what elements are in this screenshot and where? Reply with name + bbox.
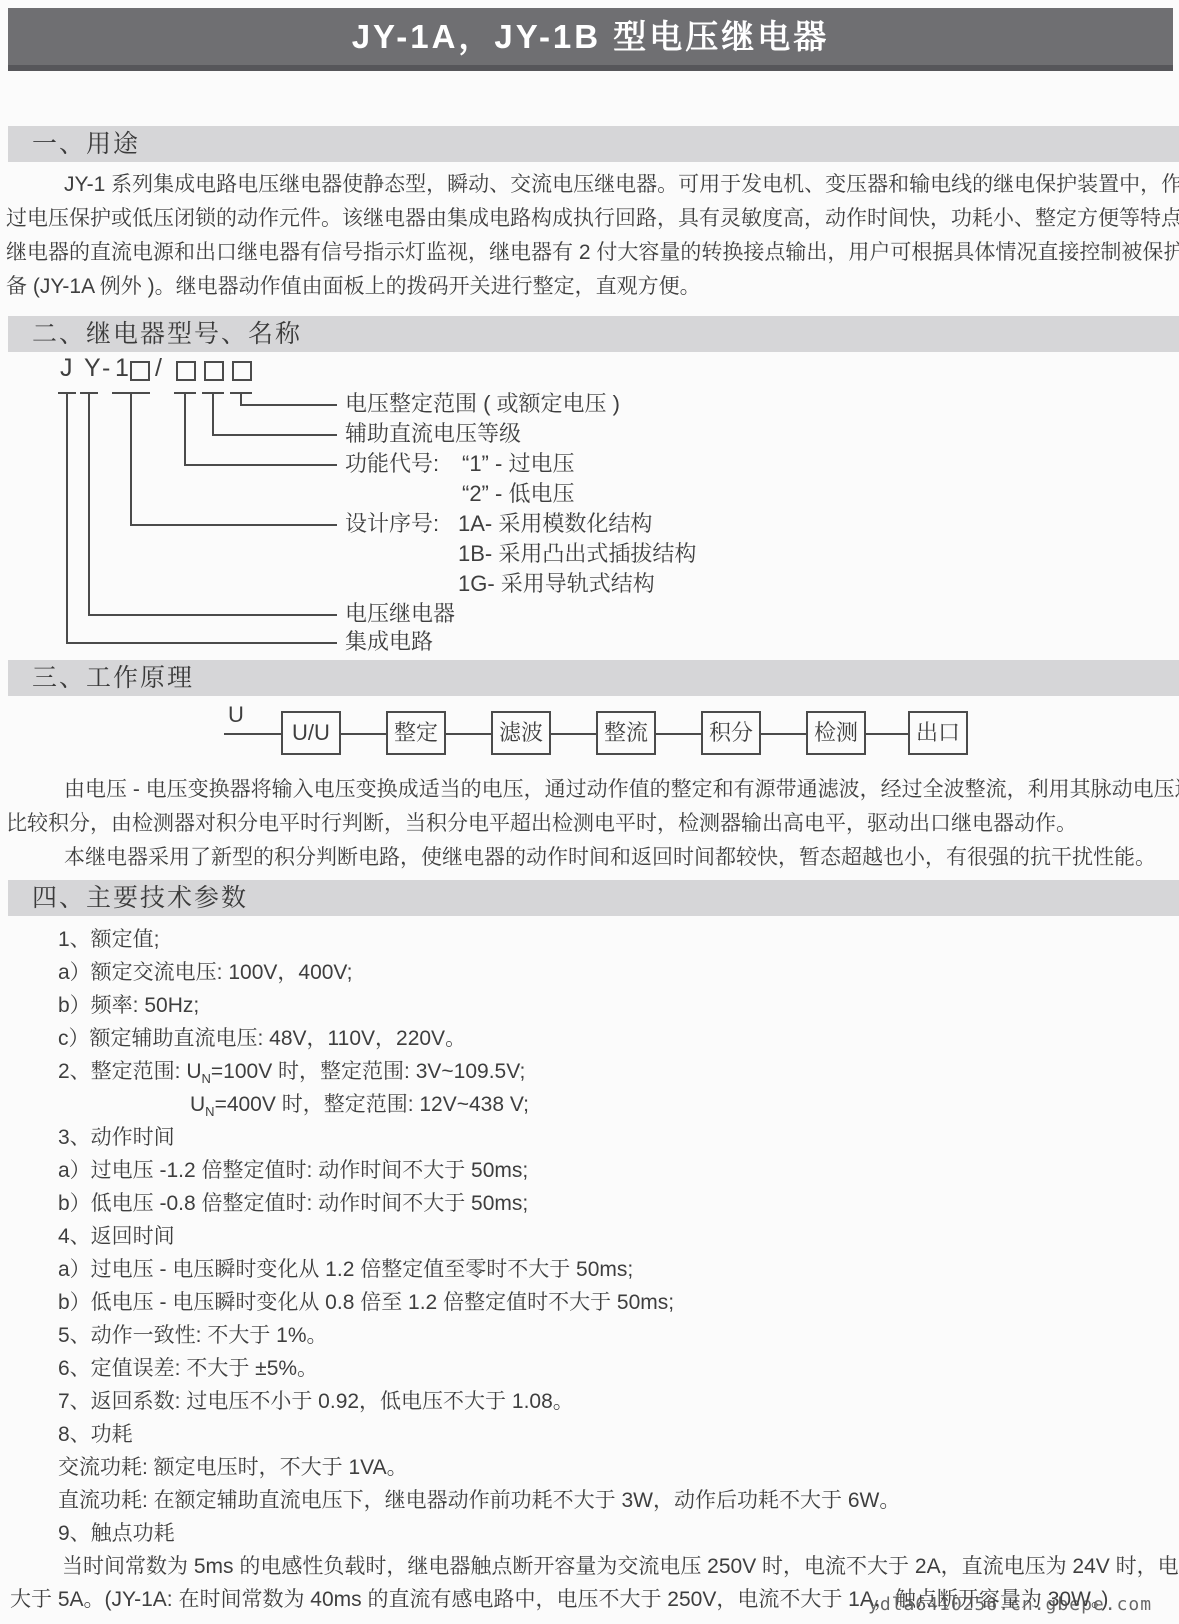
param-line: 直流功耗: 在额定辅助直流电压下，继电器动作前功耗不大于 3W，动作后功耗不大于… (0, 1484, 1179, 1517)
section4-heading-band: 四、主要技术参数 (8, 880, 1179, 916)
param-line: a）额定交流电压: 100V，400V; (0, 956, 1179, 989)
flow-box-rectify: 整流 (596, 711, 656, 755)
param-line-setting-range-1: 2、整定范围: UN=100V 时，整定范围: 3V~109.5V; (0, 1055, 1179, 1088)
title-banner: JY-1A，JY-1B 型电压继电器 (8, 8, 1173, 71)
paragraph-line: 本继电器采用了新型的积分判断电路，使继电器的动作时间和返回时间都较快，暂态超越也… (0, 841, 1179, 875)
param-line: b）低电压 - 电压瞬时变化从 0.8 倍至 1.2 倍整定值时不大于 50ms… (0, 1286, 1179, 1319)
model-label-design-v2: 1B- 采用凸出式插拔结构 (458, 539, 696, 569)
param-line: a）过电压 -1.2 倍整定值时: 动作时间不大于 50ms; (0, 1154, 1179, 1187)
section2-heading: 二、继电器型号、名称 (32, 320, 302, 348)
flow-box-filter: 滤波 (491, 711, 551, 755)
param-line: 6、定值误差: 不大于 ±5%。 (0, 1352, 1179, 1385)
param-line: 8、功耗 (0, 1418, 1179, 1451)
model-label-range: 电压整定范围 ( 或额定电压 ) (345, 389, 620, 419)
section1-paragraph: JY-1 系列集成电路电压继电器使静态型，瞬动、交流电压继电器。可用于发电机、变… (0, 168, 1179, 304)
param-line: 9、触点功耗 (0, 1517, 1179, 1550)
model-char-1: 1 (115, 354, 129, 383)
model-label-ic: 集成电路 (345, 627, 433, 657)
param-line: c）额定辅助直流电压: 48V，110V，220V。 (0, 1022, 1179, 1055)
section3-heading-band: 三、工作原理 (8, 660, 1179, 696)
model-placeholder-box (204, 361, 224, 381)
section4-parameters: 1、额定值; a）额定交流电压: 100V，400V; b）频率: 50Hz; … (0, 923, 1179, 1616)
param-line: b）频率: 50Hz; (0, 989, 1179, 1022)
param-line: b）低电压 -0.8 倍整定值时: 动作时间不大于 50ms; (0, 1187, 1179, 1220)
flow-input-label: U (228, 702, 244, 728)
setting-range-text: =400V 时，整定范围: 12V~438 V; (215, 1093, 529, 1116)
paragraph-line: JY-1 系列集成电路电压继电器使静态型，瞬动、交流电压继电器。可用于发电机、变… (0, 168, 1179, 202)
model-placeholder-box (176, 361, 196, 381)
param-line: a）过电压 - 电压瞬时变化从 1.2 倍整定值至零时不大于 50ms; (0, 1253, 1179, 1286)
model-label-func-v1: “1” - 过电压 (462, 449, 574, 479)
paragraph-line: 比较积分，由检测器对积分电平时行判断，当积分电平超出检测电平时，检测器输出高电平… (0, 807, 1179, 841)
model-char-hyphen: - (102, 354, 110, 383)
setting-range-text: U (190, 1093, 205, 1116)
section1-heading: 一、用途 (32, 130, 140, 158)
paragraph-line: 由电压 - 电压变换器将输入电压变换成适当的电压，通过动作值的整定和有源带通滤波… (0, 773, 1179, 807)
section1-heading-band: 一、用途 (8, 126, 1179, 162)
param-line: 交流功耗: 额定电压时，不大于 1VA。 (0, 1451, 1179, 1484)
model-placeholder-box (232, 361, 252, 381)
paragraph-line: 备 (JY-1A 例外 )。继电器动作值由面板上的拨码开关进行整定，直观方便。 (0, 270, 1179, 304)
param-line: 1、额定值; (0, 923, 1179, 956)
flow-box-detect: 检测 (806, 711, 866, 755)
param-line: 4、返回时间 (0, 1220, 1179, 1253)
section3-heading: 三、工作原理 (32, 664, 194, 692)
model-label-design: 设计序号: (345, 509, 439, 539)
flow-diagram: U U/U 整定 滤波 整流 积分 检测 出口 (0, 700, 1179, 764)
param-line: 3、动作时间 (0, 1121, 1179, 1154)
document-page: { "page": { "title": "JY-1A，JY-1B 型电压继电器… (0, 0, 1179, 1624)
param-line: 5、动作一致性: 不大于 1%。 (0, 1319, 1179, 1352)
section4-heading: 四、主要技术参数 (32, 884, 248, 912)
watermark: ydla6410256.cn.gbepe.com (868, 1594, 1152, 1615)
subscript-n: N (205, 1104, 214, 1119)
model-label-func: 功能代号: (345, 449, 439, 479)
model-label-func-v2: “2” - 低电压 (462, 479, 574, 509)
model-char-y: Y (84, 354, 101, 383)
section2-heading-band: 二、继电器型号、名称 (8, 316, 1179, 352)
setting-range-text: 2、整定范围: U (58, 1060, 202, 1083)
param-line-setting-range-2: UN=400V 时，整定范围: 12V~438 V; (0, 1088, 1179, 1121)
model-placeholder-box (130, 361, 150, 381)
flow-box-setting: 整定 (386, 711, 446, 755)
model-label-design-v1: 1A- 采用模数化结构 (458, 509, 652, 539)
section3-paragraph: 由电压 - 电压变换器将输入电压变换成适当的电压，通过动作值的整定和有源带通滤波… (0, 773, 1179, 875)
flow-box-integrate: 积分 (701, 711, 761, 755)
model-code-diagram: J Y - 1 / 电压整定范围 ( 或额定电压 ) 辅助直流电压等级 功能代号… (0, 352, 1179, 658)
model-label-design-v3: 1G- 采用导轨式结构 (458, 569, 655, 599)
flow-box-uu: U/U (281, 711, 341, 755)
page-title: JY-1A，JY-1B 型电压继电器 (352, 18, 830, 55)
subscript-n: N (202, 1071, 211, 1086)
paragraph-line: 继电器的直流电源和出口继电器有信号指示灯监视，继电器有 2 付大容量的转换接点输… (0, 236, 1179, 270)
model-char-j: J (60, 354, 73, 383)
param-line: 7、返回系数: 过电压不小于 0.92，低电压不大于 1.08。 (0, 1385, 1179, 1418)
model-label-aux: 辅助直流电压等级 (345, 419, 521, 449)
param-line: 当时间常数为 5ms 的电感性负载时，继电器触点断开容量为交流电压 250V 时… (0, 1550, 1179, 1583)
paragraph-line: 过电压保护或低压闭锁的动作元件。该继电器由集成电路构成执行回路，具有灵敏度高，动… (0, 202, 1179, 236)
connector-line (66, 394, 337, 644)
setting-range-text: =100V 时，整定范围: 3V~109.5V; (211, 1060, 525, 1083)
model-label-relay: 电压继电器 (345, 599, 455, 629)
flow-box-output: 出口 (908, 711, 968, 755)
model-char-slash: / (155, 354, 162, 383)
